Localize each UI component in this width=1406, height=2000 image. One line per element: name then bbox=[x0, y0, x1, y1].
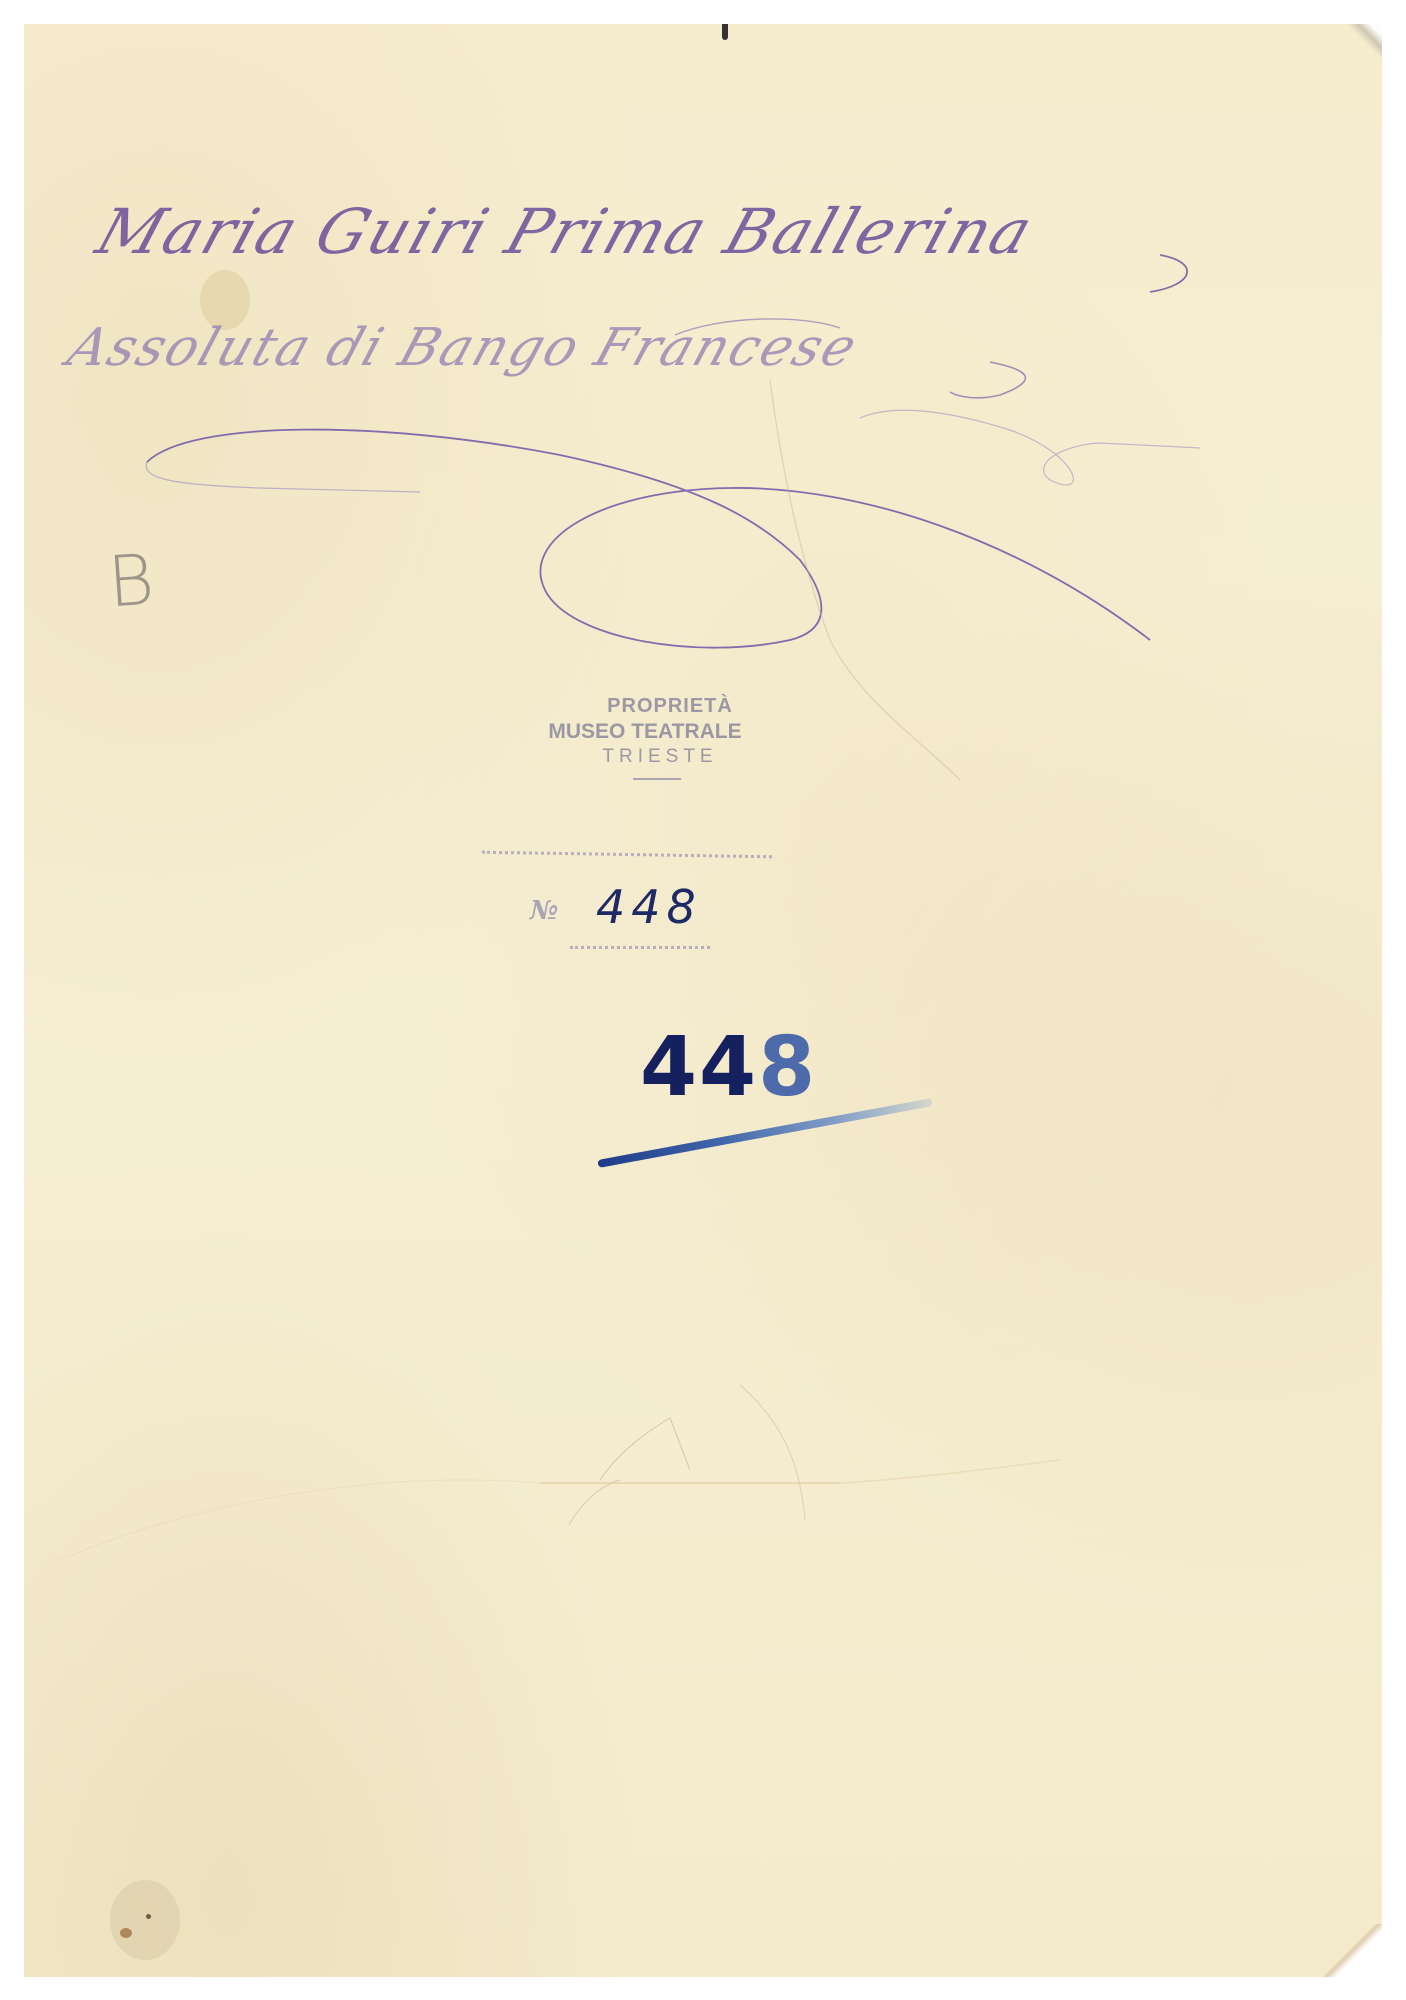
inscription-line-1: Maria Guiri Prima Ballerina bbox=[88, 195, 1043, 268]
pencil-mark-b: B bbox=[105, 539, 156, 624]
stamp-line-museo: MUSEO TEATRALE bbox=[500, 720, 790, 744]
number-underline-rule bbox=[570, 946, 710, 949]
stamp-divider bbox=[633, 778, 681, 780]
top-edge-mark bbox=[722, 24, 728, 40]
inventory-number-main: 44 bbox=[640, 1020, 758, 1115]
stamp-number-value: 448 bbox=[596, 880, 702, 934]
inventory-number: 448 bbox=[640, 1020, 817, 1115]
stamp-number-label: № bbox=[530, 896, 558, 926]
inventory-number-last-digit: 8 bbox=[758, 1020, 817, 1115]
inscription-line-2: Assoluta di Bango Francese bbox=[60, 318, 865, 378]
stain-halo bbox=[110, 1880, 180, 1960]
stamp-line-proprieta: PROPRIETÀ bbox=[550, 695, 790, 718]
stamp-line-city: TRIESTE bbox=[530, 746, 790, 768]
museum-stamp: PROPRIETÀ MUSEO TEATRALE TRIESTE bbox=[500, 695, 790, 780]
